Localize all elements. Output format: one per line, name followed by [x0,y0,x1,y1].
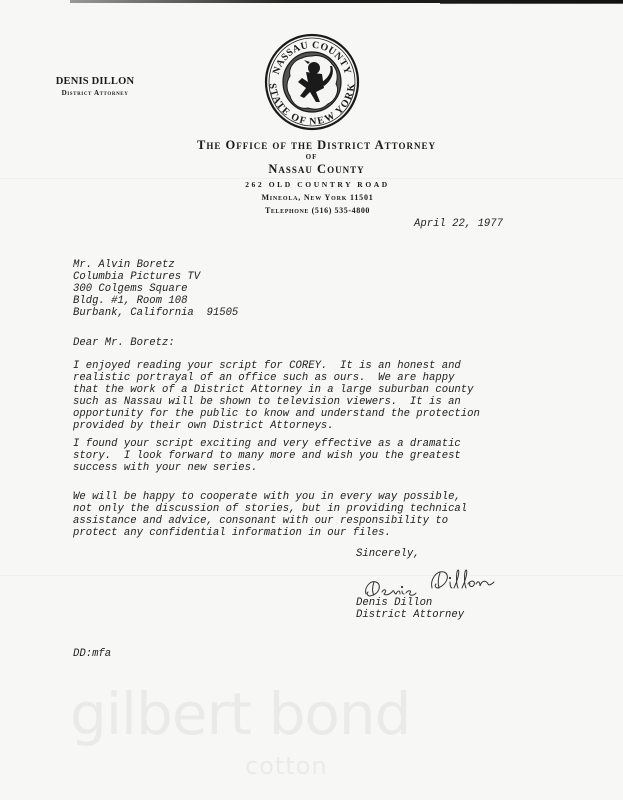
paragraph-line: not only the discussion of stories, but … [73,503,467,515]
paragraph-line: assistance and advice, consonant with ou… [73,515,448,527]
body-paragraph: We will be happy to cooperate with you i… [73,491,467,539]
fold-line [0,575,623,576]
office-title: The Office of the District Attorney [0,138,623,153]
paragraph-line: success with your new series. [73,462,257,474]
paragraph-line: opportunity for the public to know and u… [73,408,480,420]
paragraph-line: I enjoyed reading your script for COREY.… [73,360,461,372]
paragraph-line: story. I look forward to many more and w… [73,450,461,462]
paragraph-line: realistic portrayal of an office such as… [73,372,454,384]
recipient-line: Mr. Alvin Boretz [73,259,175,271]
paragraph-line: that the work of a District Attorney in … [73,384,474,396]
nassau-county-seal-icon: NASSAU COUNTY STATE OF NEW YORK [262,32,362,132]
paper-watermark: gilbert bond [70,685,470,743]
paragraph-line: We will be happy to cooperate with you i… [73,491,461,503]
reference-initials: DD:mfa [73,648,111,660]
scan-edge-secondary [440,3,623,4]
recipient-line: Columbia Pictures TV [73,271,200,283]
body-paragraph: I enjoyed reading your script for COREY.… [73,360,480,432]
recipient-address: Mr. Alvin Boretz Columbia Pictures TV 30… [73,259,238,319]
county-name: Nassau County [0,162,623,177]
signer-title: District Attorney [356,609,464,621]
letterhead-name: DENIS DILLON [30,76,160,87]
telephone: Telephone (516) 535-4800 [0,206,623,215]
paper-watermark-sub: cotton [245,752,328,780]
recipient-line: Bldg. #1, Room 108 [73,295,187,307]
fold-line [0,178,623,179]
letterhead-role: District Attorney [30,89,160,97]
signer-block: Denis Dillon District Attorney [356,597,464,621]
recipient-line: 300 Colgems Square [73,283,187,295]
paragraph-line: such as Nassau will be shown to televisi… [73,396,461,408]
paragraph-line: provided by their own District Attorneys… [73,420,334,432]
letter-date: April 22, 1977 [414,218,503,230]
recipient-line: Burbank, California 91505 [73,307,238,319]
address-line-1: 262 OLD COUNTRY ROAD [0,180,623,189]
signer-name: Denis Dillon [356,597,432,609]
closing: Sincerely, [356,548,420,560]
salutation: Dear Mr. Boretz: [73,337,175,349]
address-line-2: Mineola, New York 11501 [0,193,623,202]
office-title-of: OF [0,153,623,161]
paragraph-line: I found your script exciting and very ef… [73,438,461,450]
paragraph-line: protect any confidential information in … [73,527,391,539]
body-paragraph: I found your script exciting and very ef… [73,438,461,474]
